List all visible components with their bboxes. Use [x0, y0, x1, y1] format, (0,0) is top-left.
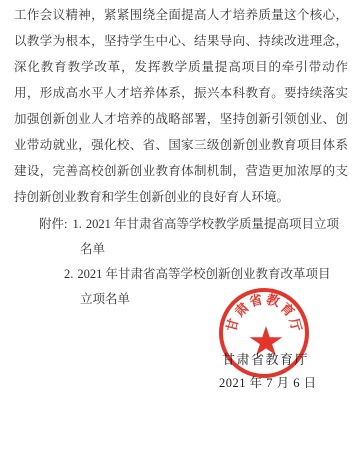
attachment-item-number: 1. [72, 217, 81, 231]
body-line: 工作会议精神，紧紧围绕全面提高人才培养质量这个核心， [14, 2, 348, 28]
body-line: 建设，完善高校创新创业教育体制机制，营造更加浓厚的支 [14, 158, 348, 184]
body-line: 加强创新创业人才培养的战略部署，坚持创新引领创业、创 [14, 106, 348, 132]
body-line: 深化教育教学改革，发挥教学质量提高项目的牵引带动作 [14, 54, 348, 80]
attachment-item-1-line-2: 名单 [39, 237, 339, 262]
official-seal: 甘 肃 省 教 育 厅 [219, 288, 309, 378]
body-line: 以教学为根本，坚持学生中心、结果导向、持续改进理念， [14, 28, 348, 54]
body-line: 持创新创业教育和学生创新创业的良好育人环境。 [14, 184, 348, 210]
body-line: 业带动就业，强化校、省、国家三级创新创业教育项目体系 [14, 132, 348, 158]
attachment-item-1-line-1: 附件:1.2021 年甘肃省高等学校教学质量提高项目立项 [39, 212, 339, 237]
attachment-item-text: 2021 年甘肃省高等学校教学质量提高项目立项 [86, 217, 339, 231]
body-line: 用，形成高水平人才培养体系，振兴本科教育。要持续落实 [14, 80, 348, 106]
attachment-item-number: 2. [64, 267, 73, 281]
body-paragraph: 工作会议精神，紧紧围绕全面提高人才培养质量这个核心， 以教学为根本，坚持学生中心… [14, 2, 348, 210]
attachment-item-text: 2021 年甘肃省高等学校创新创业教育改革项目 [77, 267, 330, 281]
attachment-label: 附件: [39, 217, 67, 231]
attachment-item-2-line-1: 2.2021 年甘肃省高等学校创新创业教育改革项目 [39, 262, 339, 287]
document-page: 工作会议精神，紧紧围绕全面提高人才培养质量这个核心， 以教学为根本，坚持学生中心… [0, 0, 361, 460]
